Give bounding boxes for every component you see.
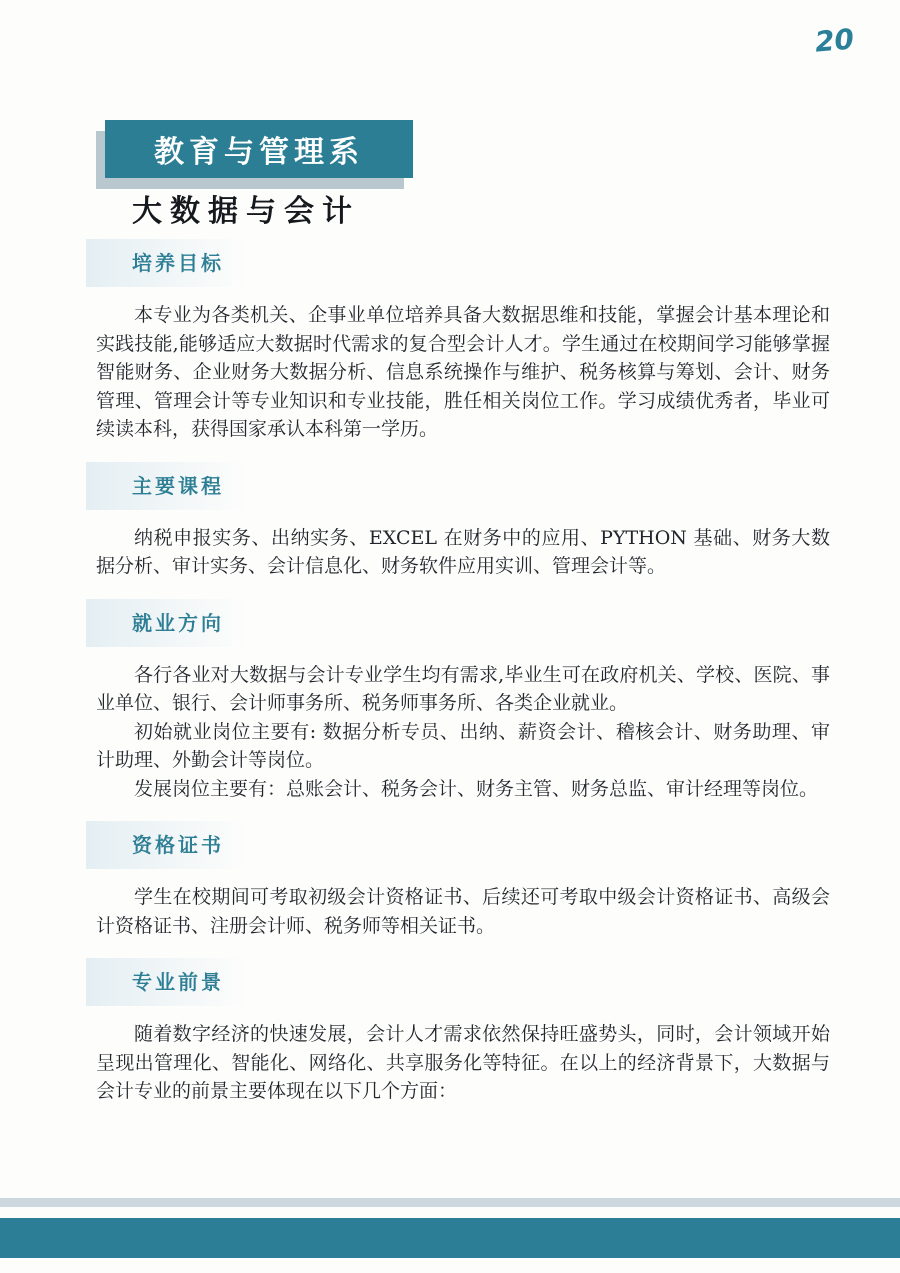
prospects-paragraph: 随着数字经济的快速发展，会计人才需求依然保持旺盛势头，同时，会计领域开始呈现出管… <box>96 1020 830 1106</box>
employment-overview-paragraph: 各行各业对大数据与会计专业学生均有需求,毕业生可在政府机关、学校、医院、事业单位… <box>96 661 830 718</box>
footer-light-strip <box>0 1198 900 1207</box>
footer-teal-band <box>0 1218 900 1258</box>
section-heading-employment-direction: 就业方向 <box>132 611 830 635</box>
development-positions-paragraph: 发展岗位主要有：总账会计、税务会计、财务主管、财务总监、审计经理等岗位。 <box>96 775 830 804</box>
section-main-courses: 主要课程 纳税申报实务、出纳实务、EXCEL 在财务中的应用、PYTHON 基础… <box>96 474 830 581</box>
initial-positions-paragraph: 初始就业岗位主要有: 数据分析专员、出纳、薪资会计、稽核会计、财务助理、审计助理… <box>96 718 830 775</box>
section-heading-main-courses: 主要课程 <box>132 474 830 498</box>
main-courses-paragraph: 纳税申报实务、出纳实务、EXCEL 在财务中的应用、PYTHON 基础、财务大数… <box>96 524 830 581</box>
section-qualification-certificates: 资格证书 学生在校期间可考取初级会计资格证书、后续还可考取中级会计资格证书、高级… <box>96 833 830 940</box>
training-goals-paragraph: 本专业为各类机关、企事业单位培养具备大数据思维和技能，掌握会计基本理论和实践技能… <box>96 301 830 444</box>
section-heading-professional-prospects: 专业前景 <box>132 970 830 994</box>
section-heading-qualification-certificates: 资格证书 <box>132 833 830 857</box>
department-banner: 教育与管理系 <box>105 120 413 178</box>
section-professional-prospects: 专业前景 随着数字经济的快速发展，会计人才需求依然保持旺盛势头，同时，会计领域开… <box>96 970 830 1106</box>
certificates-paragraph: 学生在校期间可考取初级会计资格证书、后续还可考取中级会计资格证书、高级会计资格证… <box>96 883 830 940</box>
document-page: 20 教育与管理系 大数据与会计 培养目标 本专业为各类机关、企事业单位培养具备… <box>0 0 900 1273</box>
department-banner-label: 教育与管理系 <box>154 127 364 171</box>
program-title: 大数据与会计 <box>132 191 830 233</box>
section-employment-direction: 就业方向 各行各业对大数据与会计专业学生均有需求,毕业生可在政府机关、学校、医院… <box>96 611 830 804</box>
page-content: 大数据与会计 培养目标 本专业为各类机关、企事业单位培养具备大数据思维和技能，掌… <box>96 191 830 1106</box>
section-heading-training-goals: 培养目标 <box>132 251 830 275</box>
page-number: 20 <box>814 22 856 58</box>
section-training-goals: 培养目标 本专业为各类机关、企事业单位培养具备大数据思维和技能，掌握会计基本理论… <box>96 251 830 444</box>
